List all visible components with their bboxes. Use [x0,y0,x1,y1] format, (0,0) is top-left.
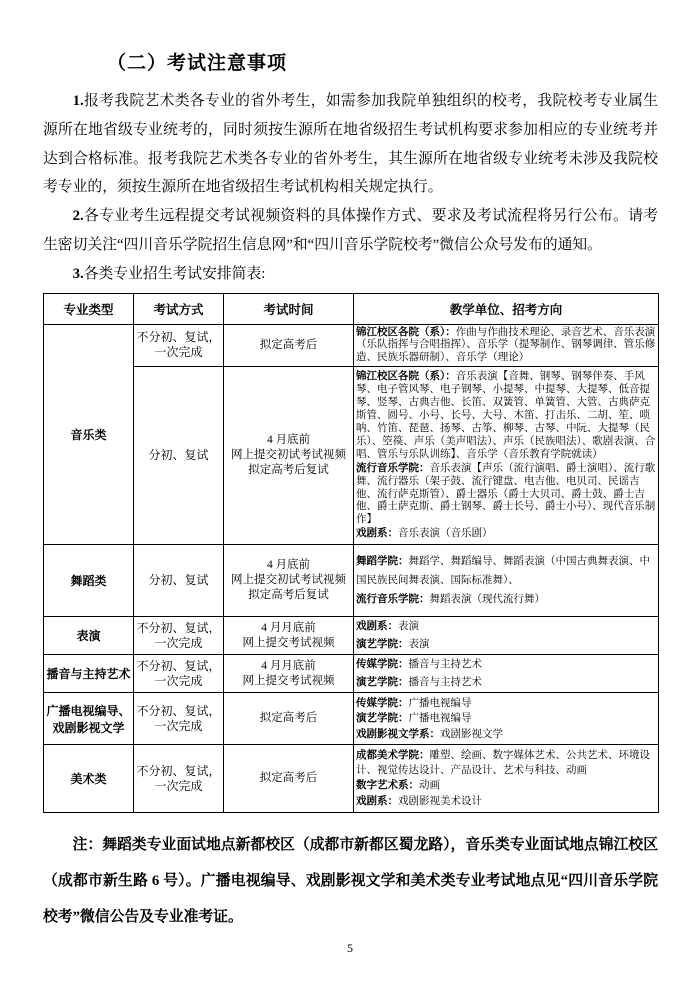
cell-exam-time: 拟定高考后 [224,745,354,813]
paragraph-1-text: 报考我院艺术类各专业的省外考生，如需参加我院单独组织的校考，我院校考专业属生源所… [43,93,658,195]
table-row: 表演不分初、复试，一次完成4 月月底前网上提交考试视频戏剧系：表演演艺学院：表演 [44,617,659,655]
table-row: 播音与主持艺术不分初、复试，一次完成4 月月底前网上提交考试视频传媒学院：播音与… [44,655,659,693]
cell-teaching-units: 传媒学院：播音与主持艺术演艺学院：播音与主持艺术 [354,655,659,693]
paragraph-2-number: 2. [73,208,84,224]
table-row: 舞蹈类分初、复试4 月底前网上提交初试考试视频拟定高考后复试舞蹈学院：舞蹈学、舞… [44,545,659,617]
paragraph-1: 1.报考我院艺术类各专业的省外考生，如需参加我院单独组织的校考，我院校考专业属生… [43,87,658,202]
cell-exam-time: 拟定高考后 [224,324,354,367]
teaching-unit-name: 数字艺术系： [356,779,419,791]
table-row: 音乐类不分初、复试，一次完成拟定高考后锦江校区各院（系）：作曲与作曲技术理论、录… [44,324,659,367]
cell-exam-method: 不分初、复试，一次完成 [134,655,224,693]
cell-teaching-units: 锦江校区各院（系）：作曲与作曲技术理论、录音艺术、音乐表演（乐队指挥与合唱指挥）… [354,324,659,367]
cell-exam-method: 分初、复试 [134,367,224,545]
cell-exam-time: 4 月底前网上提交初试考试视频拟定高考后复试 [224,545,354,617]
header-exam-method: 考试方式 [134,293,224,324]
teaching-unit-entry: 传媒学院：播音与主持艺术 [356,656,656,674]
page-number: 5 [0,941,700,956]
table-header-row: 专业类型 考试方式 考试时间 教学单位、招考方向 [44,293,659,324]
teaching-unit-entry: 传媒学院：广播电视编导 [356,696,656,712]
paragraph-3-text: 各类专业招生考试安排简表: [84,266,266,282]
cell-exam-method: 不分初、复试，一次完成 [134,617,224,655]
header-exam-time: 考试时间 [224,293,354,324]
teaching-unit-majors: 广播电视编导 [409,698,472,709]
teaching-unit-entry: 戏剧系：戏剧影视美术设计 [356,794,656,810]
teaching-unit-entry: 数字艺术系：动画 [356,778,656,794]
cell-exam-time: 4 月底前网上提交初试考试视频拟定高考后复试 [224,367,354,545]
teaching-unit-entry: 戏剧系：表演 [356,618,656,636]
teaching-unit-name: 流行音乐学院： [356,593,430,605]
teaching-unit-majors: 音乐表演（音乐剧） [398,528,493,539]
teaching-unit-entry: 成都美术学院：雕塑、绘画、数字媒体艺术、公共艺术、环境设计、视觉传达设计、产品设… [356,748,656,778]
teaching-unit-entry: 舞蹈学院：舞蹈学、舞蹈编导、舞蹈表演（中国古典舞表演、中国民族民间舞表演、国际标… [356,552,656,590]
teaching-unit-name: 流行音乐学院： [356,462,430,474]
teaching-unit-entry: 流行音乐学院：舞蹈表演（现代流行舞） [356,590,656,609]
teaching-unit-name: 锦江校区各院（系）： [356,370,456,382]
paragraph-3-number: 3. [73,266,84,282]
teaching-unit-majors: 播音与主持艺术 [409,659,483,670]
paragraph-1-number: 1. [73,93,84,109]
paragraph-2-text: 各专业考生远程提交考试视频资料的具体操作方式、要求及考试流程将另行公布。请考生密… [43,208,658,253]
table-row: 美术类不分初、复试，一次完成拟定高考后成都美术学院：雕塑、绘画、数字媒体艺术、公… [44,745,659,813]
teaching-unit-majors: 动画 [419,780,440,791]
cell-exam-method: 不分初、复试，一次完成 [134,693,224,745]
cell-exam-method: 不分初、复试，一次完成 [134,324,224,367]
teaching-unit-name: 演艺学院： [356,676,409,688]
document-page: （二）考试注意事项 1.报考我院艺术类各专业的省外考生，如需参加我院单独组织的校… [0,0,700,990]
cell-exam-time: 拟定高考后 [224,693,354,745]
teaching-unit-majors: 戏剧影视文学 [440,729,503,740]
teaching-unit-entry: 流行音乐学院：音乐表演【声乐（流行演唱、爵士演唱）、流行歌舞、流行器乐（架子鼓、… [356,462,656,528]
table-row: 分初、复试4 月底前网上提交初试考试视频拟定高考后复试锦江校区各院（系）：音乐表… [44,367,659,545]
header-teaching-units: 教学单位、招考方向 [354,293,659,324]
cell-exam-time: 4 月月底前网上提交考试视频 [224,655,354,693]
teaching-unit-name: 演艺学院： [356,638,409,650]
teaching-unit-name: 戏剧影视文学系： [356,728,440,740]
teaching-unit-name: 锦江校区各院（系）： [356,326,456,338]
teaching-unit-entry: 戏剧系：音乐表演（音乐剧） [356,527,656,541]
teaching-unit-entry: 演艺学院：播音与主持艺术 [356,674,656,692]
cell-category: 舞蹈类 [44,545,134,617]
note-paragraph: 注：舞蹈类专业面试地点新都校区（成都市新都区蜀龙路），音乐类专业面试地点锦江校区… [43,827,658,935]
teaching-unit-majors: 音乐表演【音舞、钢琴、钢琴伴奏、手风琴、电子管风琴、电子钢琴、小提琴、中提琴、大… [356,371,655,459]
teaching-unit-majors: 广播电视编导 [409,713,472,724]
teaching-unit-entry: 锦江校区各院（系）：作曲与作曲技术理论、录音艺术、音乐表演（乐队指挥与合唱指挥）… [356,326,656,366]
cell-exam-method: 不分初、复试，一次完成 [134,745,224,813]
teaching-unit-majors: 舞蹈表演（现代流行舞） [430,594,546,605]
table-row: 广播电视编导、戏剧影视文学不分初、复试，一次完成拟定高考后传媒学院：广播电视编导… [44,693,659,745]
teaching-unit-majors: 表演 [409,639,430,650]
teaching-unit-majors: 表演 [398,621,419,632]
cell-category: 播音与主持艺术 [44,655,134,693]
cell-teaching-units: 舞蹈学院：舞蹈学、舞蹈编导、舞蹈表演（中国古典舞表演、中国民族民间舞表演、国际标… [354,545,659,617]
teaching-unit-name: 成都美术学院： [356,749,430,761]
cell-teaching-units: 戏剧系：表演演艺学院：表演 [354,617,659,655]
teaching-unit-entry: 演艺学院：表演 [356,636,656,654]
teaching-unit-majors: 播音与主持艺术 [409,677,483,688]
cell-category: 表演 [44,617,134,655]
teaching-unit-name: 演艺学院： [356,712,409,724]
teaching-unit-majors: 戏剧影视美术设计 [398,796,482,807]
exam-schedule-table: 专业类型 考试方式 考试时间 教学单位、招考方向 音乐类不分初、复试，一次完成拟… [43,293,659,814]
cell-category: 音乐类 [44,324,134,545]
teaching-unit-name: 传媒学院： [356,697,409,709]
section-heading: （二）考试注意事项 [107,48,658,75]
teaching-unit-name: 戏剧系： [356,620,398,632]
cell-teaching-units: 成都美术学院：雕塑、绘画、数字媒体艺术、公共艺术、环境设计、视觉传达设计、产品设… [354,745,659,813]
paragraph-3: 3.各类专业招生考试安排简表: [43,260,658,289]
header-major-type: 专业类型 [44,293,134,324]
teaching-unit-name: 戏剧系： [356,795,398,807]
teaching-unit-name: 戏剧系： [356,527,398,539]
teaching-unit-name: 传媒学院： [356,658,409,670]
paragraph-2: 2.各专业考生远程提交考试视频资料的具体操作方式、要求及考试流程将另行公布。请考… [43,202,658,260]
cell-teaching-units: 传媒学院：广播电视编导演艺学院：广播电视编导戏剧影视文学系：戏剧影视文学 [354,693,659,745]
cell-exam-method: 分初、复试 [134,545,224,617]
table-body: 音乐类不分初、复试，一次完成拟定高考后锦江校区各院（系）：作曲与作曲技术理论、录… [44,324,659,813]
cell-teaching-units: 锦江校区各院（系）：音乐表演【音舞、钢琴、钢琴伴奏、手风琴、电子管风琴、电子钢琴… [354,367,659,545]
cell-category: 美术类 [44,745,134,813]
teaching-unit-entry: 锦江校区各院（系）：音乐表演【音舞、钢琴、钢琴伴奏、手风琴、电子管风琴、电子钢琴… [356,370,656,461]
teaching-unit-entry: 戏剧影视文学系：戏剧影视文学 [356,727,656,743]
cell-category: 广播电视编导、戏剧影视文学 [44,693,134,745]
teaching-unit-entry: 演艺学院：广播电视编导 [356,711,656,727]
cell-exam-time: 4 月月底前网上提交考试视频 [224,617,354,655]
teaching-unit-name: 舞蹈学院： [356,555,409,567]
